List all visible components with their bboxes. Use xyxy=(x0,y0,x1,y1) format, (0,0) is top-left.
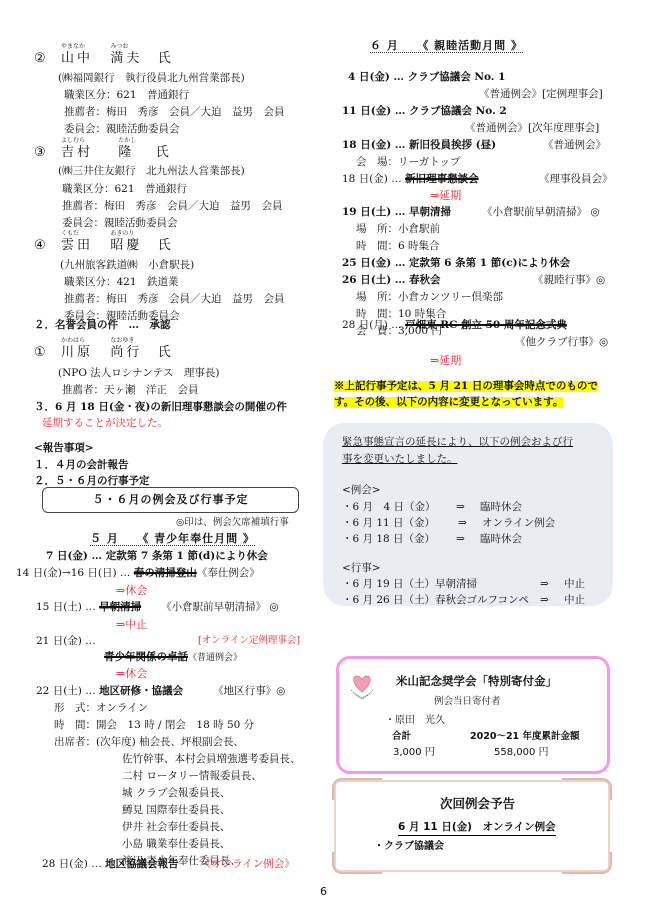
change-date: ・6 月 18 日（金） xyxy=(342,534,456,545)
may-header: ５ 月 《 青少年奉仕月間 》 xyxy=(90,533,255,546)
schedule-title-box: ５・６月の例会及び行事予定 xyxy=(42,487,299,513)
event-tag: 《地区行事》◎ xyxy=(213,685,285,697)
change-heading-2: 事を変更いたしました。 xyxy=(342,454,458,465)
yellow-note-line-2: す。その後、以下の内容に変更となっています。 xyxy=(334,397,563,408)
member-surname: やまなか山中 xyxy=(61,52,93,65)
event-tag: 《奉仕例会》 xyxy=(197,567,260,579)
event-change-1: ・6 月 19 日（土）早朝清掃⇒中止 xyxy=(342,579,585,590)
next-meeting-title: 次回例会予告 xyxy=(440,798,515,811)
event-title: 新旧理事懇談会 xyxy=(405,173,479,185)
june-event-5: 19 日(土) … 早朝清掃 xyxy=(342,207,451,218)
report-item-1: １．４月の会計報告 xyxy=(34,460,129,471)
may-event-4-date: 21 日(金) … xyxy=(36,636,96,647)
june-event-8: 28 日(月) … 戸畑東 RC 創立 50 周年記念式典 xyxy=(342,320,567,331)
may-event-3-result: ⇒中止 xyxy=(116,619,147,630)
june-event-1-tag: 《普通例会》[定例理事会] xyxy=(479,89,603,100)
june-event-4-tag: 《理事役員会》 xyxy=(539,174,613,185)
page-number: 6 xyxy=(320,886,327,897)
event-tag: 《小倉駅前早朝清掃》 ◎ xyxy=(161,601,279,613)
event-date: 15 日(土) … xyxy=(36,601,99,613)
change-result: オンライン例会 xyxy=(482,517,555,529)
june-event-7-time: 時 間：10 時集合 xyxy=(356,309,446,320)
event-title: 戸畑東 RC 創立 50 周年記念式典 xyxy=(405,319,567,331)
arrow-icon: ⇒ xyxy=(540,579,564,590)
member-2-committee: 委員会：親睦活動委員会 xyxy=(64,124,180,135)
item3-heading: ３．6 月 18 日(金・夜)の新旧理事懇談会の開催の件 xyxy=(34,402,287,413)
may-event-1: 7 日(金) … 定款第 7 条第 1 節(d)により休会 xyxy=(46,551,268,562)
change-heading-1: 緊急事態宣言の延長により、以下の例会および行 xyxy=(342,437,573,448)
change-result: 中止 xyxy=(564,578,585,590)
attendee-4: 鱒見 国際奉仕委員長、 xyxy=(122,805,230,816)
may-event-5: 22 日(土) … 地区研修・協議会《地区行事》◎ xyxy=(36,686,285,697)
change-result: 臨時休会 xyxy=(480,501,522,513)
arrow-icon: ⇒ xyxy=(458,518,482,529)
yellow-note-line-1: ※上記行事予定は、5 月 21 日の理事会時点でのもので xyxy=(334,381,598,392)
frame-corner-ornament xyxy=(332,852,382,874)
member-4-org: (九州旅客鉄道㈱ 小倉駅長) xyxy=(60,260,194,271)
honorary-member-name: ① かわはら川原 なおゆき尚行 氏 xyxy=(34,346,174,359)
june-event-5-time: 時 間：6 時集合 xyxy=(356,241,440,252)
arrow-icon: ⇒ xyxy=(456,502,480,513)
member-4-name: ④ くもだ雲田 あきのり昭慶 氏 xyxy=(34,239,174,252)
member-3-name: ③ よしむら吉村 たかし隆 氏 xyxy=(34,146,172,159)
member-given-name: たかし隆 xyxy=(118,146,134,159)
attendee-1: 佐竹幹事、本村会員増強選考委員長、 xyxy=(122,754,301,765)
member-given-name: あきのり昭慶 xyxy=(110,239,142,252)
event-title: 早朝清掃 xyxy=(99,601,141,613)
member-number: ④ xyxy=(34,238,46,253)
may-event-4-result: ⇒休会 xyxy=(116,668,147,679)
june-event-1: 4 日(金) … クラブ協議会 No. 1 xyxy=(348,72,505,83)
june-event-5-place: 場 所：小倉駅前 xyxy=(356,224,440,235)
change-date: ・6 月 11 日（金） xyxy=(342,518,458,529)
member-2-name: ② やまなか山中 みつお満夫 氏 xyxy=(34,52,174,65)
change-date: ・6 月 4 日（金） xyxy=(342,502,456,513)
frame-corner-ornament xyxy=(562,778,612,800)
june-event-7: 26 日(土) … 春秋会 xyxy=(342,275,441,286)
change-result: 臨時休会 xyxy=(480,533,522,545)
item3-result: 延期することが決定した。 xyxy=(42,418,168,429)
member-4-classification: 職業区分：421 鉄道業 xyxy=(64,277,179,288)
may-event-2-result: ⇒休会 xyxy=(116,585,147,596)
arrow-icon: ⇒ xyxy=(540,595,564,606)
honorary-heading: ２．名誉会員の件 … 承認 xyxy=(34,320,171,331)
june-event-2: 11 日(金) … クラブ協議会 No. 2 xyxy=(342,106,507,117)
attendee-5: 伊井 社会奉仕委員長、 xyxy=(122,822,230,833)
member-number: ③ xyxy=(34,145,46,160)
member-3-classification: 職業区分：621 普通銀行 xyxy=(62,184,187,195)
member-4-sponsors: 推薦者：梅田 秀彦 会員／大迫 益男 会員 xyxy=(64,294,285,305)
june-event-5-tag: 《小倉駅前早朝清掃》 ◎ xyxy=(482,207,600,218)
meeting-change-2: ・6 月 11 日（金）⇒オンライン例会 xyxy=(342,518,555,529)
june-event-7-tag: 《親睦行事》◎ xyxy=(533,275,605,286)
event-title: 青少年関係の卓話 xyxy=(104,651,188,663)
may-event-6: 28 日(金) … 地区協議会報告《オンライン例会》 xyxy=(42,859,295,870)
june-event-8-result: ⇒延期 xyxy=(430,355,461,366)
change-date: ・6 月 26 日（土）春秋会ゴルフコンペ xyxy=(342,595,540,606)
arrow-icon: ⇒ xyxy=(456,534,480,545)
member-suffix: 氏 xyxy=(156,145,172,160)
cumulative-label: 2020～21 年度累計金額 xyxy=(470,732,579,742)
total-label: 合計 xyxy=(392,732,411,742)
june-event-4-result: ⇒延期 xyxy=(430,190,461,201)
event-date: 18 日(金) … xyxy=(342,173,405,185)
june-event-6: 25 日(金) … 定款第 6 条第 1 節(c)により休会 xyxy=(342,258,570,269)
member-2-org: (㈱福岡銀行 執行役員北九州営業部長) xyxy=(58,73,245,84)
event-title: 地区協議会報告 xyxy=(105,858,179,870)
member-3-sponsors: 推薦者：梅田 秀彦 会員／大迫 益男 会員 xyxy=(62,201,283,212)
member-3-committee: 委員会：親睦活動委員会 xyxy=(62,218,178,229)
member-number: ① xyxy=(34,345,46,360)
member-2-sponsors: 推薦者：梅田 秀彦 会員／大迫 益男 会員 xyxy=(64,107,285,118)
cumulative-value: 558,000 円 xyxy=(494,748,549,758)
member-given-name: みつお満夫 xyxy=(110,52,142,65)
member-suffix: 氏 xyxy=(158,345,174,360)
may-event-4-tag: [オンライン定例理事会] xyxy=(198,636,300,646)
donation-title: 米山記念奨学会「特別寄付金」 xyxy=(396,676,557,688)
next-meeting-date: 6 月 11 日(金) オンライン例会 xyxy=(398,822,556,836)
member-given-name: なおゆき尚行 xyxy=(110,346,142,359)
donation-subtitle: 例会当日寄付者 xyxy=(434,697,501,707)
june-event-8-tag: 《他クラブ行事》◎ xyxy=(515,337,608,348)
june-event-4: 18 日(金) … 新旧理事懇談会 xyxy=(342,174,479,185)
report-heading: <報告事項> xyxy=(34,443,94,454)
june-event-3-tag: 《普通例会》 xyxy=(543,140,606,151)
change-date: ・6 月 19 日（土）早朝清掃 xyxy=(342,579,540,590)
attendee-3: 城 クラブ会報委員長、 xyxy=(122,788,230,799)
event-tag: 《普通例会》 xyxy=(188,653,242,663)
schedule-title: ５・６月の例会及び行事予定 xyxy=(43,494,298,505)
may-event-3: 15 日(土) … 早朝清掃《小倉駅前早朝清掃》 ◎ xyxy=(36,602,279,613)
report-item-2: ２．５・６月の行事予定 xyxy=(34,476,150,487)
honorary-org: (NPO 法人ロシナンテス 理事長) xyxy=(58,368,219,379)
may-event-5-attendees-label: 出席者：(次年度) 柚会長、坪根副会長、 xyxy=(54,737,244,748)
event-title: 春の清掃登山 xyxy=(134,567,197,579)
member-3-org: (㈱三井住友銀行 北九州法人営業部長) xyxy=(58,166,245,177)
june-event-7-place: 場 所：小倉カンツリー倶楽部 xyxy=(356,292,503,303)
donor-name: ・原田 光久 xyxy=(385,716,445,726)
honorary-sponsors: 推薦者：天ヶ瀬 洋正 会員 xyxy=(62,385,199,396)
june-event-3: 18 日(金) … 新旧役員挨拶 (昼) xyxy=(342,140,496,151)
member-2-classification: 職業区分：621 普通銀行 xyxy=(64,90,189,101)
meetings-label: <例会> xyxy=(342,485,381,496)
event-date: 28 日(月) … xyxy=(342,319,405,331)
meeting-change-1: ・6 月 4 日（金）⇒臨時休会 xyxy=(342,502,522,513)
event-tag: 《オンライン例会》 xyxy=(201,858,295,870)
member-surname: かわはら川原 xyxy=(61,346,93,359)
may-event-2: 14 日(金)→16 日(日) … 春の清掃登山《奉仕例会》 xyxy=(16,568,260,579)
may-event-5-format: 形 式：オンライン xyxy=(54,703,148,714)
events-label: <行事> xyxy=(342,563,381,574)
change-result: 中止 xyxy=(564,594,585,606)
total-value: 3,000 円 xyxy=(393,748,435,758)
meeting-change-3: ・6 月 18 日（金）⇒臨時休会 xyxy=(342,534,522,545)
heart-hands-icon xyxy=(348,672,376,702)
may-event-4: 青少年関係の卓話《普通例会》 xyxy=(104,652,242,663)
event-date: 14 日(金)→16 日(日) … xyxy=(16,567,134,579)
event-date: 28 日(金) … xyxy=(42,858,105,870)
event-title: 地区研修・協議会 xyxy=(99,685,183,697)
attendee-2: 二村 ロータリー情報委員長、 xyxy=(122,771,262,782)
june-event-2-tag: 《普通例会》[次年度理事会] xyxy=(465,123,599,134)
june-event-3-venue: 会 場：リーガトップ xyxy=(356,157,460,168)
may-event-5-time: 時 間：開会 13 時 / 閉会 18 時 50 分 xyxy=(54,720,254,731)
event-date: 22 日(土) … xyxy=(36,685,99,697)
member-surname: よしむら吉村 xyxy=(61,146,93,159)
member-suffix: 氏 xyxy=(158,238,174,253)
member-surname: くもだ雲田 xyxy=(61,239,93,252)
schedule-note: ◎印は、例会欠席補填行事 xyxy=(176,518,289,528)
member-number: ② xyxy=(34,51,46,66)
june-header: ６ 月 《 親睦活動月間 》 xyxy=(370,40,523,53)
next-meeting-item: ・クラブ協議会 xyxy=(374,842,444,852)
event-change-2: ・6 月 26 日（土）春秋会ゴルフコンペ⇒中止 xyxy=(342,595,585,606)
member-suffix: 氏 xyxy=(158,51,174,66)
